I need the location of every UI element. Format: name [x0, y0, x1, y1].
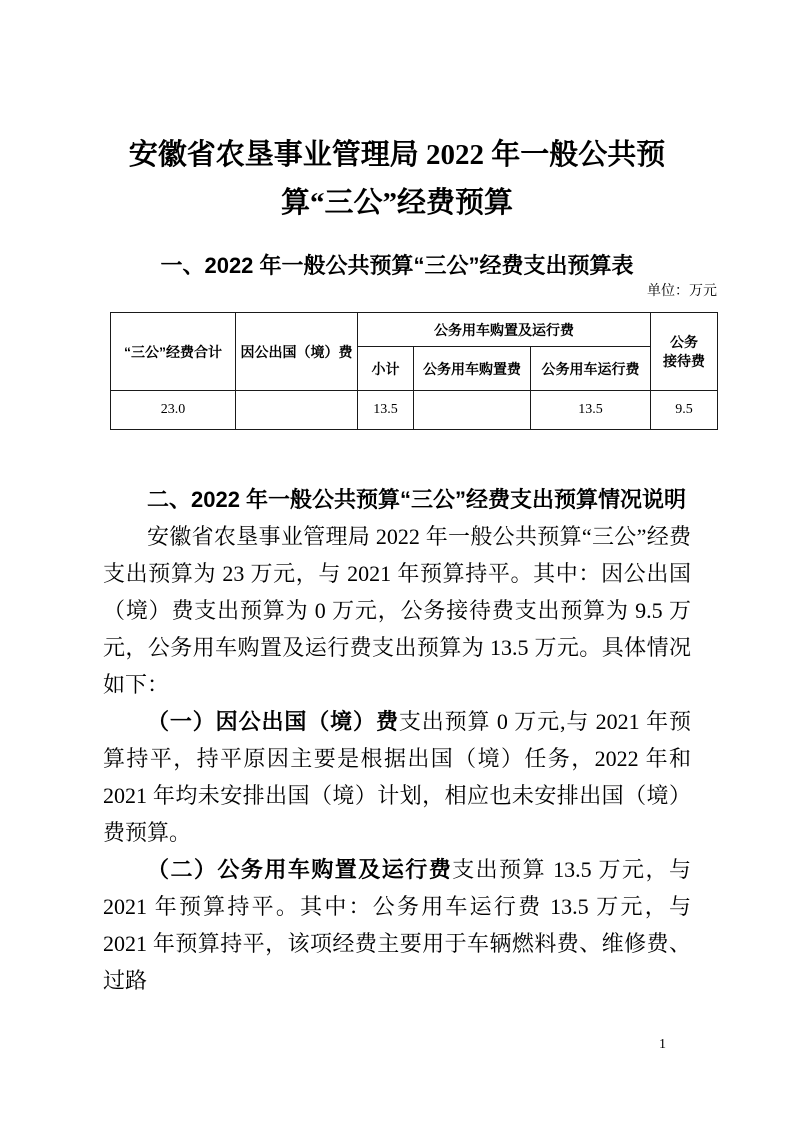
paragraph-abroad: （一）因公出国（境）费支出预算 0 万元,与 2021 年预算持平，持平原因主要… — [103, 703, 691, 851]
paragraph-overview-text: 安徽省农垦事业管理局 2022 年一般公共预算“三公”经费支出预算为 23 万元… — [103, 524, 691, 697]
paragraph-vehicle: （二）公务用车购置及运行费支出预算 13.5 万元，与 2021 年预算持平。其… — [103, 851, 691, 999]
paragraph-overview: 安徽省农垦事业管理局 2022 年一般公共预算“三公”经费支出预算为 23 万元… — [103, 518, 691, 703]
page-number: 1 — [659, 1036, 666, 1054]
header-cell-abroad: 因公出国（境）费 — [236, 313, 358, 391]
table-unit-label: 单位：万元 — [103, 282, 717, 302]
header-cell-operation: 公务用车运行费 — [531, 347, 651, 391]
cell-reception-value: 9.5 — [651, 391, 718, 430]
header-cell-purchase: 公务用车购置费 — [414, 347, 531, 391]
document-content: 安徽省农垦事业管理局 2022 年一般公共预算“三公”经费预算 一、2022 年… — [103, 131, 691, 999]
cell-abroad-value — [236, 391, 358, 430]
header-cell-vehicle-group: 公务用车购置及运行费 — [358, 313, 651, 347]
cell-purchase-value — [414, 391, 531, 430]
budget-table: “三公”经费合计 因公出国（境）费 公务用车购置及运行费 公务 接待费 小计 公… — [110, 312, 718, 430]
document-page: 安徽省农垦事业管理局 2022 年一般公共预算“三公”经费预算 一、2022 年… — [0, 0, 794, 1122]
paragraph-abroad-lead: （一）因公出国（境）费 — [147, 709, 399, 734]
section-1-heading: 一、2022 年一般公共预算“三公”经费支出预算表 — [103, 252, 691, 280]
table-data-row: 23.0 13.5 13.5 9.5 — [111, 391, 718, 430]
document-body: 二、2022 年一般公共预算“三公”经费支出预算情况说明 安徽省农垦事业管理局 … — [103, 481, 691, 999]
section-2-heading: 二、2022 年一般公共预算“三公”经费支出预算情况说明 — [103, 481, 691, 518]
table-header-row-1: “三公”经费合计 因公出国（境）费 公务用车购置及运行费 公务 接待费 — [111, 313, 718, 347]
cell-total-value: 23.0 — [111, 391, 236, 430]
cell-subtotal-value: 13.5 — [358, 391, 414, 430]
header-cell-subtotal: 小计 — [358, 347, 414, 391]
header-cell-reception-line1: 公务 — [653, 333, 715, 352]
header-cell-total: “三公”经费合计 — [111, 313, 236, 391]
cell-operation-value: 13.5 — [531, 391, 651, 430]
paragraph-vehicle-lead: （二）公务用车购置及运行费 — [147, 857, 452, 882]
header-cell-reception: 公务 接待费 — [651, 313, 718, 391]
header-cell-reception-line2: 接待费 — [653, 352, 715, 371]
document-title: 安徽省农垦事业管理局 2022 年一般公共预算“三公”经费预算 — [117, 131, 677, 227]
